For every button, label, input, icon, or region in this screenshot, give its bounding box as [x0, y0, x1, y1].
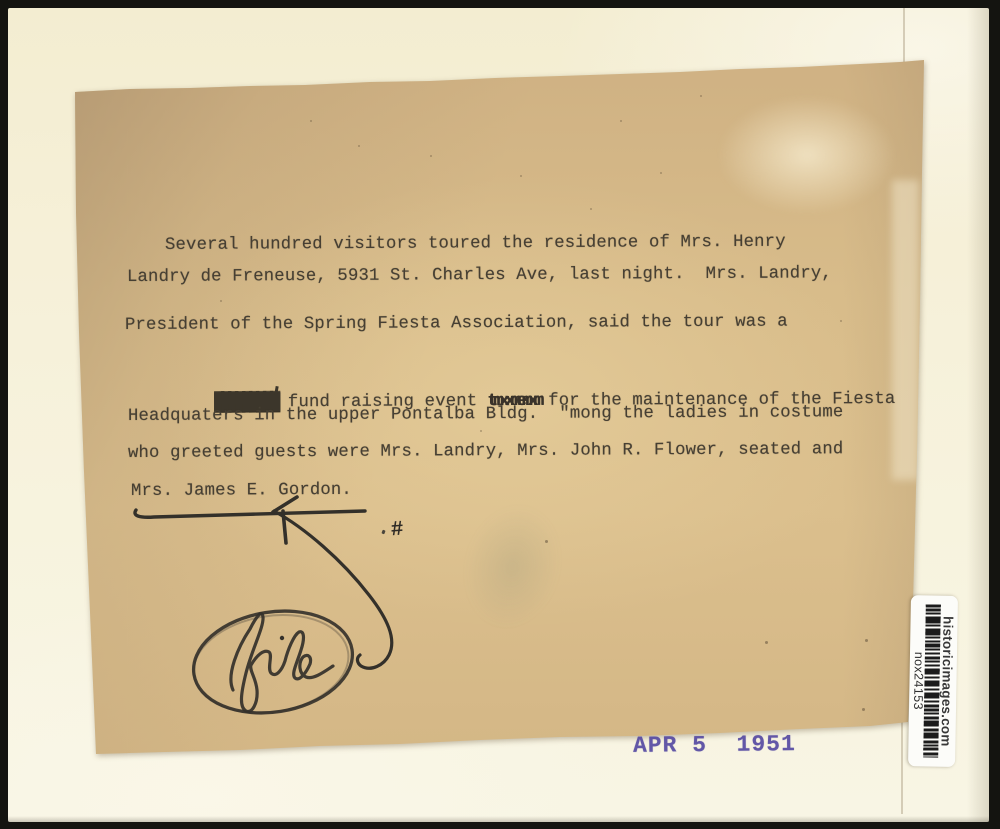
speckle — [865, 639, 868, 642]
barcode-stripes — [923, 604, 941, 757]
caption-paper-shadow: Several hundred visitors toured the resi… — [70, 52, 928, 754]
speckle — [862, 708, 865, 711]
barcode-label: historicimages.com nox24153 — [908, 595, 958, 767]
file-i-dot — [280, 636, 284, 640]
speckle — [700, 95, 702, 97]
file-oval-sketch — [186, 604, 355, 723]
speckle — [545, 540, 548, 543]
speckle — [620, 120, 622, 122]
typed-line-1: Several hundred visitors toured the resi… — [165, 232, 786, 257]
scanned-photo-back: { "scan": { "caption": { "line1": "Sever… — [0, 0, 1000, 829]
file-handwriting — [231, 614, 333, 712]
speckle — [840, 320, 842, 322]
file-text: file — [238, 644, 312, 709]
hash-tick-mark — [381, 530, 385, 535]
typed-line-2: Landry de Freneuse, 5931 St. Charles Ave… — [127, 263, 832, 289]
barcode-site-text: historicimages.com — [938, 602, 955, 761]
caption-paper: Several hundred visitors toured the resi… — [70, 52, 928, 754]
speckle — [310, 120, 312, 122]
speckle — [520, 175, 522, 177]
speckle — [765, 641, 768, 644]
speckle — [660, 172, 662, 174]
barcode-code-text: nox24153 — [910, 601, 926, 760]
typed-line-3: President of the Spring Fiesta Associati… — [125, 312, 788, 337]
stain-upper-right — [718, 96, 896, 214]
photo-backing: Several hundred visitors toured the resi… — [8, 8, 989, 822]
hash-mark: # — [390, 520, 404, 543]
annotation-arrow-tail — [283, 511, 286, 543]
date-stamp: APR 5 1951 — [633, 731, 796, 759]
annotation-curve — [274, 511, 392, 668]
bottom-scan-noise — [8, 816, 989, 822]
file-oval — [186, 600, 360, 724]
annotation-underline — [135, 510, 365, 517]
right-edge-shadow — [967, 8, 989, 822]
right-edge-light-band — [892, 180, 919, 480]
typed-line-6: who greeted guests were Mrs. Landry, Mrs… — [128, 439, 843, 465]
erased-pencil-smudge — [451, 494, 573, 638]
typed-line-7: Mrs. James E. Gordon. — [131, 480, 352, 503]
speckle — [590, 208, 592, 210]
typed-line-5: Headquaters in the upper Pontalba Bldg. … — [128, 402, 843, 428]
speckle — [430, 155, 432, 157]
speckle — [358, 145, 360, 147]
speckle — [220, 300, 222, 302]
